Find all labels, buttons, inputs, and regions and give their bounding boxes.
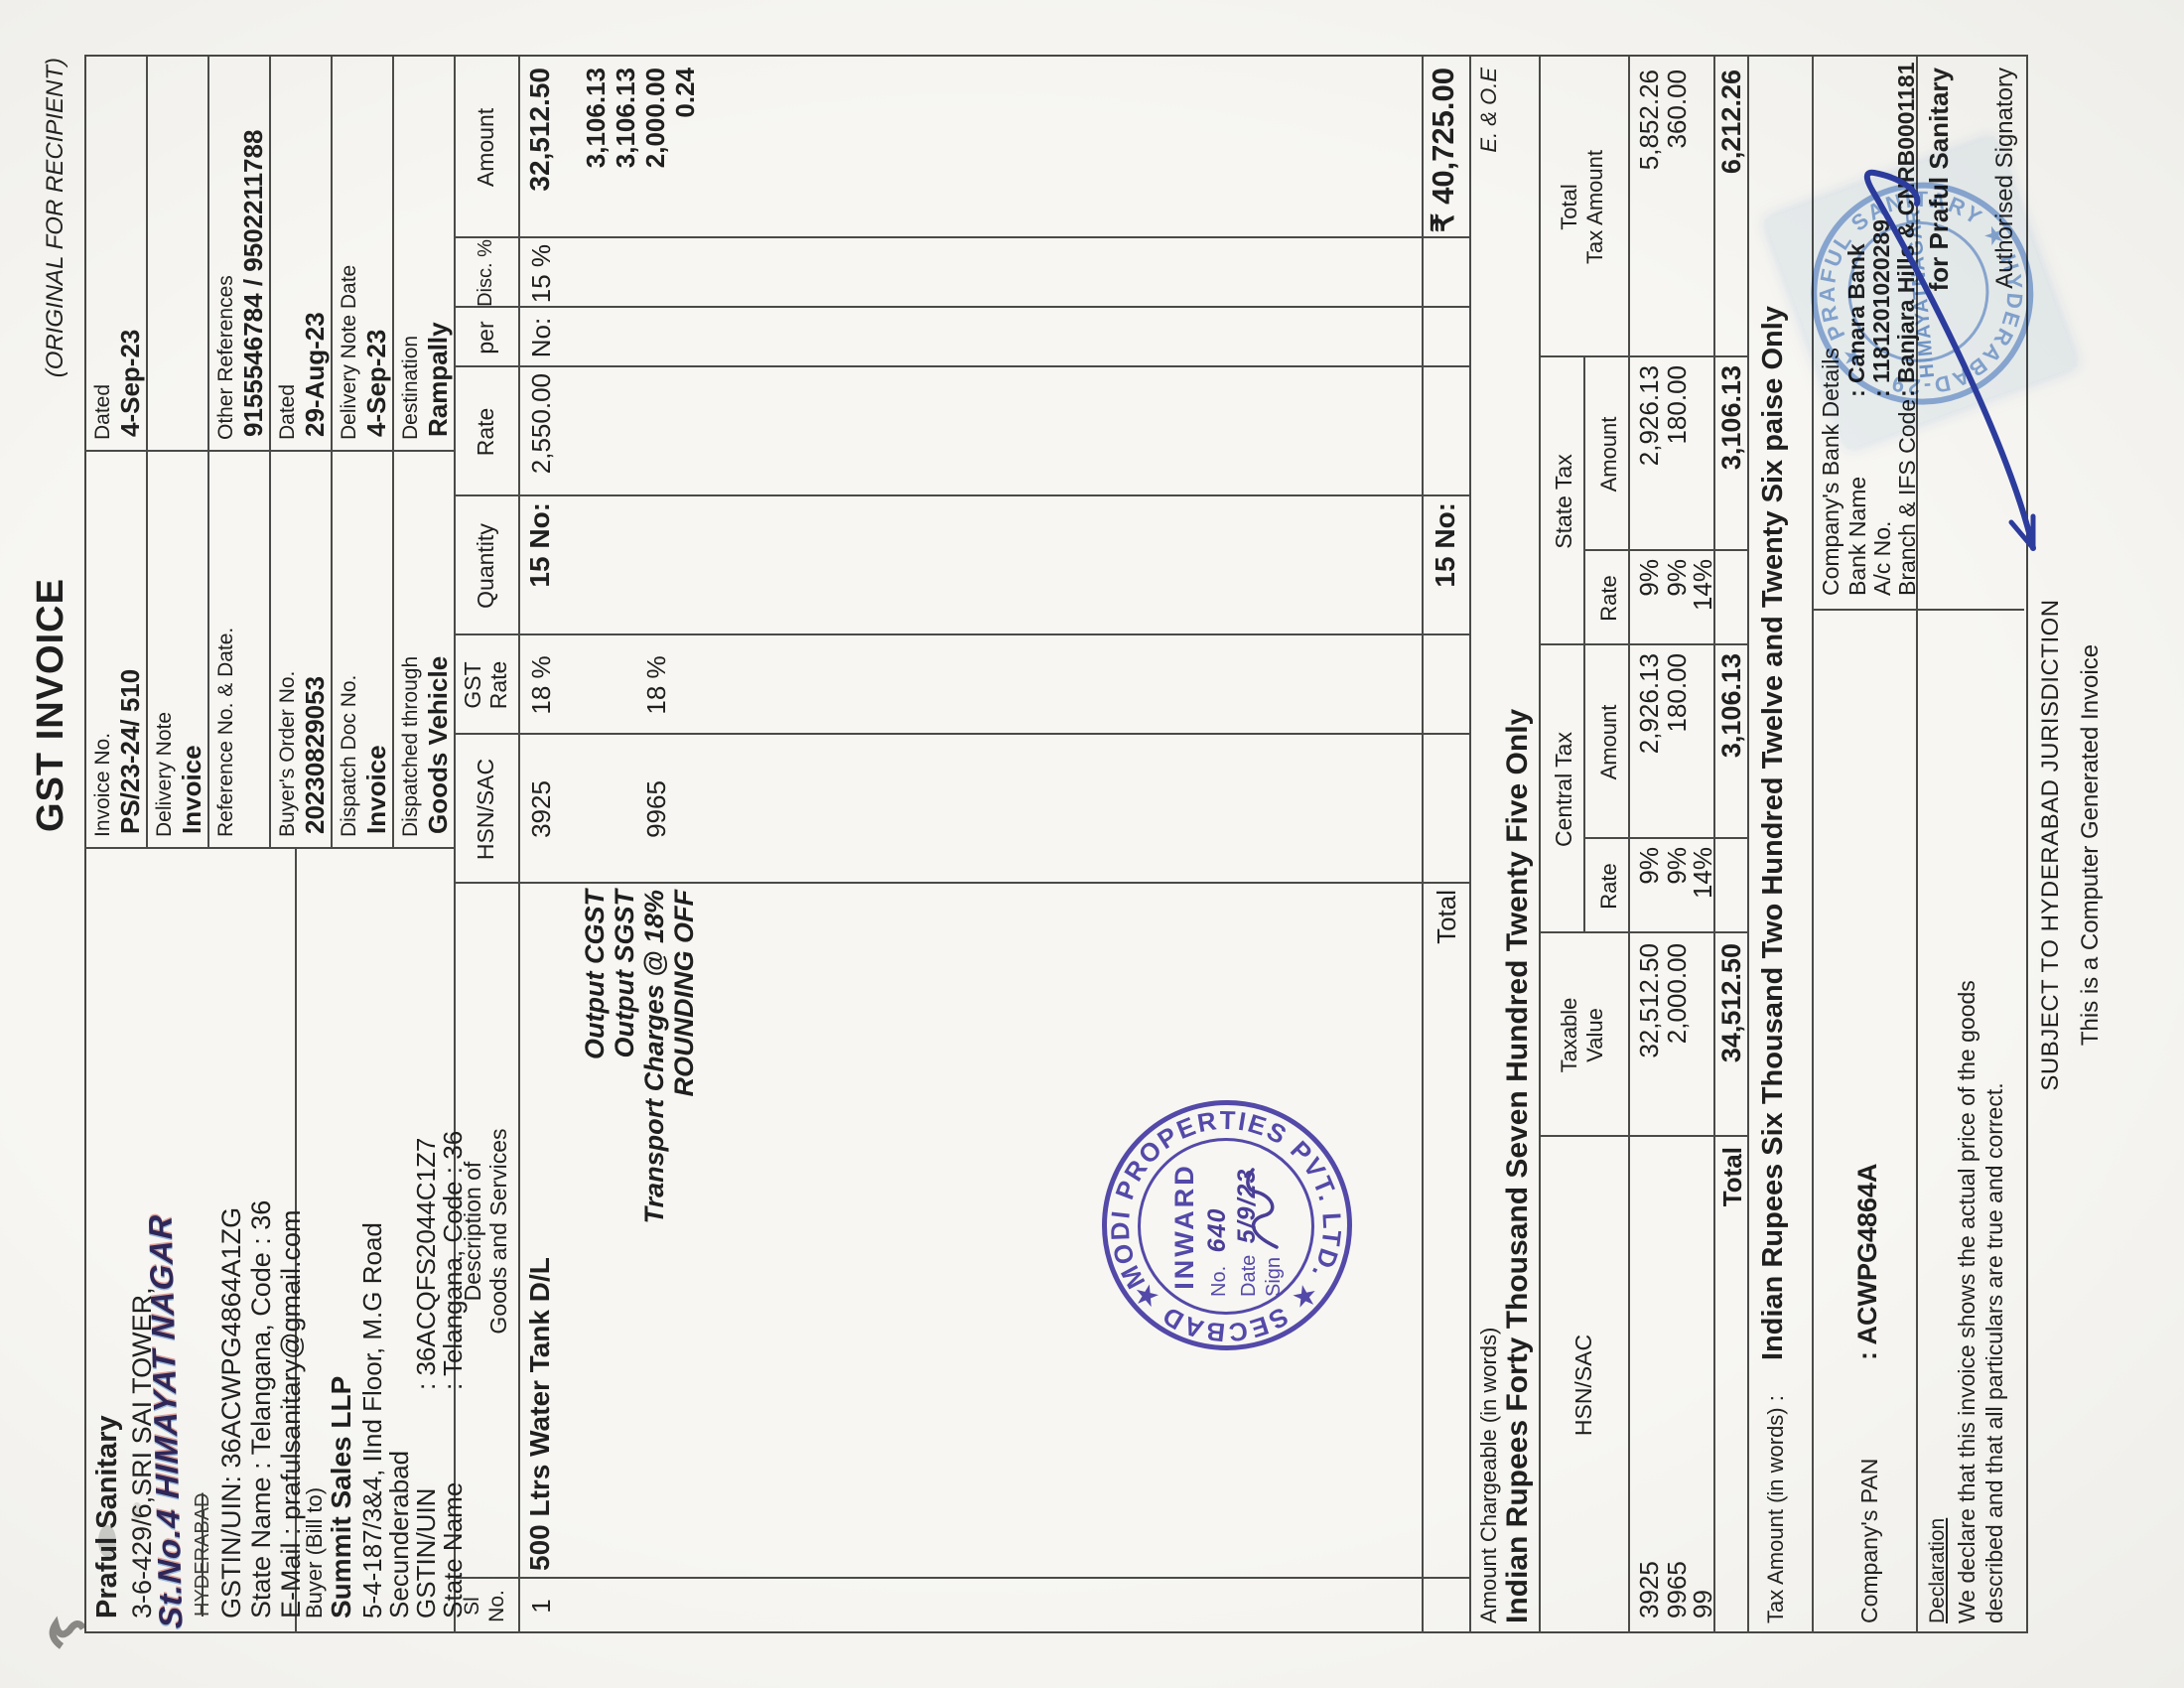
meta-row-line — [146, 57, 148, 849]
seller-gstin-value: 36ACWPG4864A1ZG — [216, 1207, 246, 1469]
items-col-line — [454, 306, 1469, 308]
meta-row-line — [269, 57, 271, 849]
col-header-hsn: HSN/SAC — [473, 735, 499, 884]
items-col-line — [454, 882, 1469, 884]
meta-label: Destination — [399, 336, 423, 440]
tax-total-taxable: 34,512.50 — [1716, 943, 1747, 1137]
inward-stamp-no-row: No. 640 — [1203, 1208, 1232, 1297]
meta-value: 29-Aug-23 — [300, 312, 331, 437]
items-col-line — [454, 633, 1469, 635]
tax-header-total: Tax Amount — [1582, 57, 1608, 357]
col-header-sl: No. — [485, 1579, 509, 1633]
tax-row-hsn: 99 — [1688, 1590, 1718, 1618]
items-col-line — [454, 365, 1469, 367]
tax-subheader-amount: Amount — [1596, 645, 1622, 839]
col-header-disc: Disc. % — [475, 238, 497, 308]
header-bottom-line — [454, 57, 456, 1633]
tax-total-amount: 6,212.26 — [1716, 70, 1747, 357]
tax-row-total: 5,852.26 — [1634, 70, 1665, 357]
item-per: No: — [526, 308, 557, 367]
item-description: 500 Ltrs Water Tank D/L — [524, 1257, 556, 1571]
item-quantity: 15 No: — [524, 502, 556, 635]
meta-value: 4-Sep-23 — [115, 330, 146, 437]
tax-row-central-amount: 180.00 — [1662, 653, 1693, 839]
item-rate: 2,550.00 — [526, 373, 557, 496]
tax-words-label: Tax Amount (in words) : — [1763, 1395, 1789, 1623]
tax-subheader-rate: Rate — [1596, 551, 1622, 645]
tax-total-label: Total — [1717, 1147, 1748, 1633]
meta-label: Other References — [214, 275, 238, 440]
tax-row-central-rate: 14% — [1688, 847, 1718, 933]
eoe-label: E. & O.E — [1476, 68, 1502, 258]
tax-words-text: Indian Rupees Six Thousand Two Hundred T… — [1757, 306, 1790, 1360]
meta-row-line — [392, 57, 394, 849]
meta-label: Dated — [276, 384, 300, 440]
tax-row-state-amount: 2,926.13 — [1634, 365, 1665, 551]
buyer-name: Summit Sales LLP — [326, 1376, 357, 1618]
tax-row-taxable: 32,512.50 — [1634, 943, 1665, 1137]
charge-gst-rate: 18 % — [641, 635, 672, 735]
charge-description: Output SGST — [610, 890, 640, 1579]
seller-name: Praful Sanitary — [91, 1415, 124, 1618]
tax-header-taxable: Value — [1582, 933, 1608, 1137]
inward-no-label: No. — [1208, 1266, 1230, 1297]
items-col-line — [454, 733, 1469, 735]
meta-value: 4-Sep-23 — [361, 330, 392, 437]
col-header-description: Description of — [460, 884, 486, 1579]
col-header-quantity: Quantity — [473, 496, 499, 635]
meta-value: Invoice — [361, 745, 392, 834]
tax-header-total: Total — [1557, 57, 1582, 357]
inward-stamp-sign-row: Sign — [1263, 1257, 1286, 1297]
tax-group-header-line — [1583, 355, 1585, 933]
items-header-bottom-line — [518, 57, 520, 1633]
company-pan-value: : ACWPG4864A — [1852, 1163, 1883, 1360]
meta-value: 20230829053 — [300, 676, 331, 834]
tax-row-central-amount: 2,926.13 — [1634, 653, 1665, 839]
seller-gstin-line: GSTIN/UIN: 36ACWPG4864A1ZG — [216, 1207, 247, 1618]
charge-description: ROUNDING OFF — [669, 890, 700, 1579]
meta-value: Goods Vehicle — [423, 656, 454, 834]
col-header-gst: GST — [460, 635, 486, 735]
tax-subheader-amount: Amount — [1596, 357, 1622, 551]
col-header-per: per — [473, 308, 499, 367]
items-col-line — [454, 494, 1469, 496]
tax-total-state: 3,106.13 — [1716, 365, 1747, 551]
seller-city-struck: HYDERABAD — [192, 1493, 214, 1617]
items-total-bottom-line — [1469, 57, 1471, 1633]
invoice-document: GST INVOICE (ORIGINAL FOR RECIPIENT) Pra… — [0, 0, 2184, 1688]
charge-amount: 3,106.13 — [581, 68, 612, 238]
items-total-amount: ₹ 40,725.00 — [1426, 68, 1461, 258]
tax-row-total: 360.00 — [1662, 70, 1693, 357]
meta-label: Dispatched through — [399, 656, 423, 837]
charge-description: Output CGST — [580, 890, 611, 1579]
meta-value: 9155546784 / 9502211788 — [238, 130, 269, 437]
meta-label: Dispatch Doc No. — [338, 675, 361, 837]
meta-label: Reference No. & Date. — [214, 628, 238, 837]
declaration-line2: described and that all particulars are t… — [1981, 1082, 2008, 1623]
buyer-section-label: Buyer (Bill to) — [302, 1487, 328, 1618]
meta-label: Dated — [91, 384, 115, 440]
inward-no-value: 640 — [1203, 1208, 1231, 1253]
item-sl: 1 — [526, 1579, 557, 1633]
charge-amount: 0.24 — [670, 68, 701, 238]
amount-words-bottom-line — [1539, 57, 1541, 1633]
computer-generated-note: This is a Computer Generated Invoice — [2077, 57, 2105, 1633]
meta-row-line — [331, 57, 333, 849]
item-hsn: 3925 — [526, 735, 557, 884]
tax-row-state-rate: 9% — [1634, 559, 1665, 645]
meta-value: PS/23-24/ 510 — [115, 669, 146, 834]
tax-total-central: 3,106.13 — [1716, 653, 1747, 839]
col-header-sl: Sl — [461, 1579, 484, 1633]
signature-stroke — [1817, 50, 2065, 606]
meta-label: Delivery Note Date — [338, 265, 361, 440]
declaration-heading: Declaration — [1926, 1518, 1950, 1623]
tax-subheader-rate: Rate — [1596, 839, 1622, 933]
inward-stamp: MODI PROPERTIES PVT. LTD. ★ SECBAD ★ INW… — [1100, 1100, 1352, 1352]
copy-type-label: (ORIGINAL FOR RECIPIENT) — [42, 58, 69, 496]
items-total-top-line — [1422, 57, 1424, 1633]
tax-header-taxable: Taxable — [1557, 933, 1582, 1137]
meta-value: Rampally — [423, 322, 454, 437]
seller-gstin-label: GSTIN/UIN: — [216, 1476, 246, 1618]
col-header-gst: Rate — [485, 635, 512, 735]
inward-sign-label: Sign — [1263, 1257, 1285, 1297]
col-header-amount: Amount — [473, 57, 499, 238]
tax-row-central-rate: 9% — [1634, 847, 1665, 933]
amount-words-text: Indian Rupees Forty Thousand Seven Hundr… — [1501, 709, 1535, 1623]
tax-row-hsn: 3925 — [1634, 1561, 1665, 1618]
col-header-rate: Rate — [473, 367, 499, 496]
charge-hsn: 9965 — [641, 735, 672, 884]
seller-state-line: State Name : Telangana, Code : 36 — [246, 1200, 277, 1618]
tax-row-state-rate: 14% — [1688, 559, 1718, 645]
tax-header-state: State Tax — [1551, 357, 1577, 645]
company-pan-label: Company's PAN — [1856, 1459, 1883, 1623]
meta-row-line — [207, 57, 209, 849]
amount-words-label: Amount Chargeable (in words) — [1476, 1328, 1502, 1623]
bottom-section-divider — [1812, 609, 2024, 611]
items-total-quantity: 15 No: — [1430, 502, 1461, 635]
page-title: GST INVOICE — [30, 506, 72, 904]
tax-total-top-line — [1713, 57, 1715, 1633]
inward-sign-squiggle — [1239, 1164, 1285, 1253]
charge-amount: 2,000.00 — [640, 68, 671, 238]
charge-amount: 3,106.13 — [611, 68, 641, 238]
tax-row-taxable: 2,000.00 — [1662, 943, 1693, 1137]
inward-stamp-title: INWARD — [1169, 1147, 1200, 1306]
inward-date-label: Date — [1238, 1255, 1260, 1297]
meta-value: Invoice — [177, 745, 207, 834]
item-amount: 32,512.50 — [524, 68, 556, 238]
item-gst-rate: 18 % — [526, 635, 557, 735]
meta-label: Invoice No. — [91, 733, 115, 837]
meta-label: Buyer's Order No. — [276, 671, 300, 837]
tax-header-bottom-line — [1628, 57, 1630, 1633]
tax-header-hsn: HSN/SAC — [1570, 1137, 1597, 1633]
declaration-line1: We declare that this invoice shows the a… — [1954, 980, 1980, 1623]
item-disc: 15 % — [526, 244, 557, 308]
tax-header-central: Central Tax — [1551, 645, 1577, 933]
col-header-description: Goods and Services — [485, 884, 512, 1579]
meta-label: Delivery Note — [153, 712, 177, 837]
tax-row-state-amount: 180.00 — [1662, 365, 1693, 551]
items-total-label: Total — [1432, 890, 1462, 1579]
charge-description: Transport Charges @ 18% — [639, 890, 670, 1579]
